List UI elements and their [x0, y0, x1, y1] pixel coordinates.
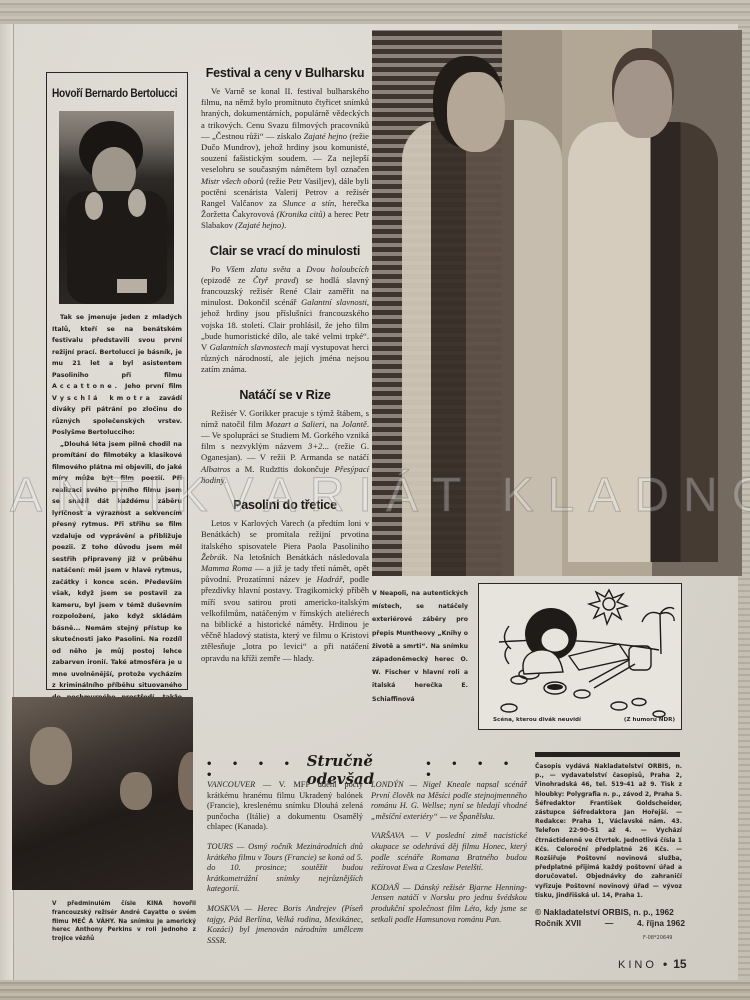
perkins-caption: V předminulém čísle KINA hovořil francou…	[52, 900, 196, 944]
news-item: VARŠAVA — V poslední zimě nacistické oku…	[371, 831, 527, 873]
cartoon-caption: Scéna, kterou divák neuvidí (Z humoru ND…	[493, 717, 675, 723]
news-column: Festival a ceny v Bulharsku Ve Varně se …	[201, 66, 369, 664]
article-title: Clair se vrací do minulosti	[201, 244, 369, 258]
bertolucci-photo	[59, 111, 174, 304]
news-item: LONDÝN — Nigel Kneale napsal scénář Prvn…	[371, 780, 527, 822]
article-body: Ve Varně se konal II. festival bulharské…	[201, 86, 369, 232]
news-item: MOSKVA — Herec Boris Andrejev (Píseň taj…	[207, 904, 363, 946]
bertolucci-quote: „Dlouhá léta jsem pilně chodil na promít…	[52, 439, 182, 727]
news-item: KODAŇ — Dánský režisér Bjarne Henning-Je…	[371, 883, 527, 925]
news-city: VARŠAVA	[371, 831, 404, 840]
article-title: Festival a ceny v Bulharsku	[201, 66, 369, 80]
cartoon-box: Scéna, kterou divák neuvidí (Z humoru ND…	[478, 583, 682, 730]
face	[178, 752, 193, 810]
article-riga: Natáčí se v Rize Režisér V. Gorikker pra…	[201, 388, 369, 486]
short-news-right: LONDÝN — Nigel Kneale napsal scénář Prvn…	[371, 780, 527, 934]
news-item: VANCOUVER — V. MFF udělil pocty krátkému…	[207, 780, 363, 833]
article-clair: Clair se vrací do minulosti Po Všem zlat…	[201, 244, 369, 376]
news-city: TOURS	[207, 842, 233, 851]
article-body: Režisér V. Gorikker pracuje s týmž štábe…	[201, 408, 369, 486]
article-festival-bulharsko: Festival a ceny v Bulharsku Ve Varně se …	[201, 66, 369, 232]
page-folio: KINO • 15	[618, 957, 687, 971]
bertolucci-intro: Tak se jmenuje jeden z mladých Italů, kt…	[52, 314, 182, 379]
lion-cartoon-icon	[479, 584, 683, 731]
impressum-copyright: © Nakladatelství ORBIS, n. p., 1962 Ročn…	[535, 907, 685, 929]
article-body: Letos v Karlových Varech (a předtím loni…	[201, 518, 369, 664]
article-title: Natáčí se v Rize	[201, 388, 369, 402]
short-news-left: VANCOUVER — V. MFF udělil pocty krátkému…	[207, 780, 363, 955]
face	[30, 727, 72, 785]
impressum-rule	[535, 752, 680, 757]
copyright-line: © Nakladatelství ORBIS, n. p., 1962	[535, 907, 685, 918]
bullet: •	[663, 957, 667, 971]
decorative-dots: • • • • •	[425, 759, 526, 781]
portrait-illustration	[59, 111, 174, 304]
actress-figure	[402, 120, 562, 576]
actor-figure	[568, 122, 718, 562]
decorative-dots: • • • • •	[206, 759, 307, 781]
cartoon-caption-text: Scéna, kterou divák neuvidí	[493, 717, 581, 723]
news-city: LONDÝN	[371, 780, 404, 789]
bertolucci-text: Tak se jmenuje jeden z mladých Italů, kt…	[52, 312, 182, 726]
news-city: VANCOUVER	[207, 780, 255, 789]
film-title-accattone: Accattone.	[52, 383, 120, 390]
print-code: F-08*20649	[643, 935, 672, 941]
perkins-photo	[12, 697, 193, 890]
film-title-vyschla-kmotra: Vyschlá kmotra	[52, 395, 153, 402]
page-number: 15	[673, 957, 686, 971]
news-city: MOSKVA	[207, 904, 239, 913]
magazine-name: KINO	[618, 959, 657, 971]
bertolucci-title: Hovoří Bernardo Bertolucci	[52, 88, 168, 100]
article-pasolini: Pasolini do třetice Letos v Karlových Va…	[201, 498, 369, 664]
film-still-caption: V Neapoli, na autentických místech, se n…	[372, 587, 468, 706]
film-still-photo	[372, 30, 742, 576]
table-surface-bottom	[0, 980, 750, 1000]
news-city: KODAŇ	[371, 883, 399, 892]
face	[120, 772, 152, 810]
article-body: Po Všem zlatu světa a Dvou holoubcích (e…	[201, 264, 369, 376]
news-item: TOURS — Osmý ročník Mezinárodních dnů kr…	[207, 842, 363, 895]
cartoon-credit: (Z humoru NDR)	[624, 717, 675, 723]
actress-head	[447, 72, 505, 152]
impressum-text: Časopis vydává Nakladatelství ORBIS, n. …	[535, 762, 682, 900]
bertolucci-intro-2: Jeho první film	[125, 383, 182, 390]
issue-date: 4. října 1962	[637, 918, 685, 929]
article-title: Pasolini do třetice	[201, 498, 369, 512]
separator: —	[605, 918, 613, 929]
actor-head	[614, 60, 672, 138]
volume: Ročník XVII	[535, 918, 581, 929]
table-surface-top	[0, 0, 750, 24]
